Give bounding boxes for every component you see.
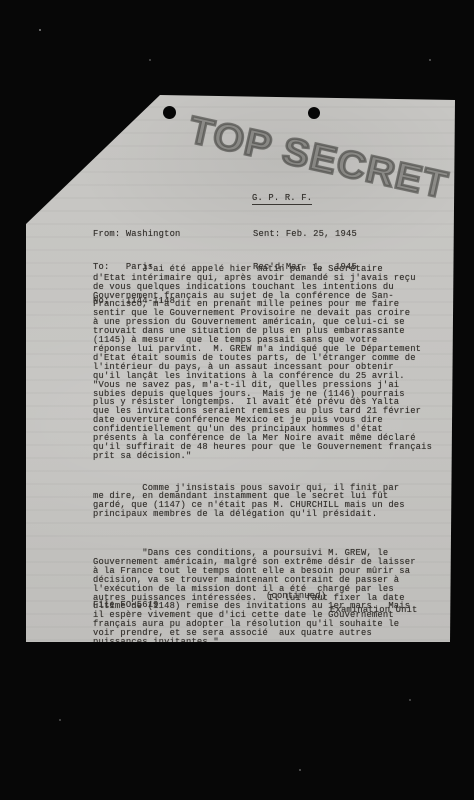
- body-paragraph: Comme j'insistais pous savoir qui, il fi…: [93, 484, 445, 520]
- continued-note: (continued): [266, 592, 326, 601]
- sent-line: Sent: Feb. 25, 1945: [253, 229, 357, 240]
- body-paragraph: J'ai été appelé hier matin par le Secrét…: [93, 265, 445, 461]
- from-line: From: Washington: [93, 229, 181, 240]
- reference-heading: G. P. R. F.: [252, 193, 312, 205]
- top-secret-stamp: TOP SECRET: [185, 109, 452, 208]
- punch-hole: [163, 106, 176, 119]
- document-page: TOP SECRET G. P. R. F. From: Washington …: [26, 93, 456, 642]
- scanned-telegram-frame: TOP SECRET G. P. R. F. From: Washington …: [0, 0, 474, 800]
- file-number: File FO-5619: [93, 601, 159, 610]
- examination-unit-label: Examination Unit: [330, 606, 418, 615]
- punch-hole: [308, 107, 320, 119]
